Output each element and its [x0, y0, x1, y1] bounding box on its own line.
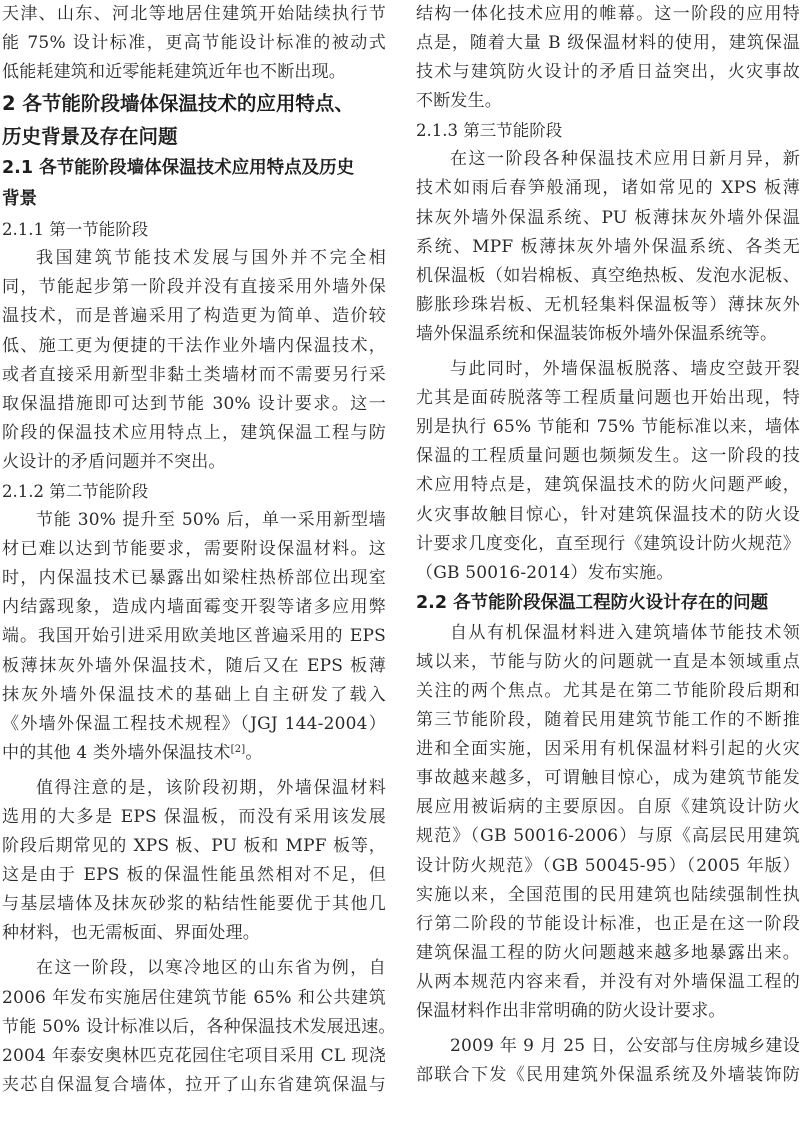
text-line: 保温的工程质量问题也频频发生。这一阶段的技	[416, 442, 800, 471]
section-2-1-heading: 2.1 各节能阶段墙体保温技术应用特点及历史 背景	[2, 153, 386, 215]
text-line: 我国建筑节能技术发展与国外并不完全相	[2, 244, 386, 273]
section-2-2-paragraph-1: 自从有机保温材料进入建筑墙体节能技术领 域以来，节能与防火的问题就一直是本领域重…	[416, 619, 800, 1026]
text-line: 低能耗建筑和近零能耗建筑近年也不断出现。	[2, 58, 386, 87]
text-line: 2004 年泰安奥林匹克花园住宅项目采用 CL 现浇	[2, 1042, 386, 1071]
heading-line: 2.1 各节能阶段墙体保温技术应用特点及历史	[2, 153, 386, 184]
text-line: 时，内保温技术已暴露出如梁柱热桥部位出现室	[2, 564, 386, 593]
text-line: 在这一阶段各种保温技术应用日新月异，新	[416, 145, 800, 174]
left-column: 天津、山东、河北等地居住建筑开始陆续执行节 能 75% 设计标准，更高节能设计标…	[2, 0, 386, 1100]
text-span: 中的其他 4 类外墙外保温技术	[2, 743, 231, 763]
text-line: 保温材料作出非常明确的防火设计要求。	[416, 997, 800, 1026]
text-line: 膨胀珍珠岩板、无机轻集料保温板等）薄抹灰外	[416, 291, 800, 320]
text-line: 板薄抹灰外墙外保温技术，随后又在 EPS 板薄	[2, 652, 386, 681]
text-line: 种材料，也无需板面、界面处理。	[2, 919, 386, 948]
section-2-2-heading: 2.2 各节能阶段保温工程防火设计存在的问题	[416, 588, 800, 619]
text-line: 低、施工更为便捷的干法作业外墙内保温技术，	[2, 332, 386, 361]
text-line: 火灾事故触目惊心，针对建筑保温技术的防火设	[416, 501, 800, 530]
heading-line: 2 各节能阶段墙体保温技术的应用特点、	[2, 87, 386, 120]
text-line: 技术如雨后春笋般涌现，诸如常见的 XPS 板薄	[416, 174, 800, 203]
text-line: 2009 年 9 月 25 日，公安部与住房城乡建设	[416, 1032, 800, 1061]
text-line: 系统、MPF 板薄抹灰外墙外保温系统、各类无	[416, 233, 800, 262]
text-line: 节能 50% 设计标准以后，各种保温技术发展迅速。	[2, 1013, 386, 1042]
text-line: 天津、山东、河北等地居住建筑开始陆续执行节	[2, 0, 386, 29]
text-line: 阶段的保温技术应用特点上，建筑保温工程与防	[2, 419, 386, 448]
section-2-1-3-heading: 2.1.3 第三节能阶段	[416, 116, 800, 145]
text-line: 温技术，而是普遍采用了构造更为简单、造价较	[2, 302, 386, 331]
text-line: 规范》（GB 50016-2006）与原《高层民用建筑	[416, 822, 800, 851]
text-line: 尤其是面砖脱落等工程质量问题也开始出现，特	[416, 384, 800, 413]
text-line: 与此同时，外墙保温板脱落、墙皮空鼓开裂	[416, 355, 800, 384]
text-line: 机保温板（如岩棉板、真空绝热板、发泡水泥板、	[416, 262, 800, 291]
text-line: 材已难以达到节能要求，需要附设保温材料。这	[2, 535, 386, 564]
text-line: 节能 30% 提升至 50% 后，单一采用新型墙	[2, 506, 386, 535]
text-line: 火设计的矛盾问题并不突出。	[2, 448, 386, 477]
section-2-1-2-paragraph-1: 节能 30% 提升至 50% 后，单一采用新型墙 材已难以达到节能要求，需要附设…	[2, 506, 386, 768]
text-line: 夹芯自保温复合墙体，拉开了山东省建筑保温与	[2, 1071, 386, 1100]
text-line: 取保温措施即可达到节能 30% 设计要求。这一	[2, 390, 386, 419]
text-line: 抹灰外墙外保温技术的基础上自主研发了载入	[2, 681, 386, 710]
text-line: 点是，随着大量 B 级保温材料的使用，建筑保温	[416, 29, 800, 58]
text-line: 与基层墙体及抹灰砂浆的粘结性能要优于其他几	[2, 890, 386, 919]
text-line: 选用的大多是 EPS 保温板，而没有采用该发展	[2, 803, 386, 832]
text-line: 墙外保温系统和保温装饰板外墙外保温系统等。	[416, 320, 800, 349]
continued-paragraph: 结构一体化技术应用的帷幕。这一阶段的应用特 点是，随着大量 B 级保温材料的使用…	[416, 0, 800, 116]
section-2-1-2-heading: 2.1.2 第二节能阶段	[2, 477, 386, 506]
citation-ref[interactable]: [2]	[231, 744, 246, 755]
text-line: （GB 50016-2014）发布实施。	[416, 559, 800, 588]
text-line: 能 75% 设计标准，更高节能设计标准的被动式	[2, 29, 386, 58]
right-column: 结构一体化技术应用的帷幕。这一阶段的应用特 点是，随着大量 B 级保温材料的使用…	[416, 0, 800, 1090]
text-line: 实施以来，全国范围的民用建筑也陆续强制性执	[416, 881, 800, 910]
text-line: 第三节能阶段，随着民用建筑节能工作的不断推	[416, 706, 800, 735]
heading-line: 背景	[2, 184, 386, 215]
text-line: 部联合下发《民用建筑外保温系统及外墙装饰防	[416, 1061, 800, 1090]
text-line: 或者直接采用新型非黏土类墙材而不需要另行采	[2, 361, 386, 390]
text-line: 别是执行 65% 节能和 75% 节能标准以来，墙体	[416, 413, 800, 442]
text-line: 阶段后期常见的 XPS 板、PU 板和 MPF 板等，	[2, 832, 386, 861]
text-line: 内结露现象，造成内墙面霉变开裂等诸多应用弊	[2, 593, 386, 622]
text-line: 端。我国开始引进采用欧美地区普遍采用的 EPS	[2, 622, 386, 651]
section-2-1-3-paragraph-1: 在这一阶段各种保温技术应用日新月异，新 技术如雨后春笋般涌现，诸如常见的 XPS…	[416, 145, 800, 349]
section-2-1-2-paragraph-3: 在这一阶段，以寒冷地区的山东省为例，自 2006 年发布实施居住建筑节能 65%…	[2, 954, 386, 1099]
text-line: 行第二阶段的节能设计标准，也正是在这一阶段	[416, 910, 800, 939]
text-line: 不断发生。	[416, 87, 800, 116]
text-line: 自从有机保温材料进入建筑墙体节能技术领	[416, 619, 800, 648]
heading-line: 历史背景及存在问题	[2, 120, 386, 153]
text-line: 这是由于 EPS 板的保温性能虽然相对不足，但	[2, 861, 386, 890]
text-line: 设计防火规范》（GB 50045-95）（2005 年版）	[416, 852, 800, 881]
section-2-1-1-heading: 2.1.1 第一节能阶段	[2, 215, 386, 244]
section-2-heading: 2 各节能阶段墙体保温技术的应用特点、 历史背景及存在问题	[2, 87, 386, 153]
section-2-1-2-paragraph-2: 值得注意的是，该阶段初期，外墙保温材料 选用的大多是 EPS 保温板，而没有采用…	[2, 774, 386, 949]
text-line: 中的其他 4 类外墙外保温技术[2]。	[2, 739, 386, 768]
text-line: 事故越来越多，可谓触目惊心，成为建筑节能发	[416, 764, 800, 793]
text-line: 技术与建筑防火设计的矛盾日益突出，火灾事故	[416, 58, 800, 87]
text-line: 《外墙外保温工程技术规程》（JGJ 144-2004）	[2, 710, 386, 739]
text-line: 同，节能起步第一阶段并没有直接采用外墙外保	[2, 273, 386, 302]
text-line: 值得注意的是，该阶段初期，外墙保温材料	[2, 774, 386, 803]
text-line: 抹灰外墙外保温系统、PU 板薄抹灰外墙外保温	[416, 204, 800, 233]
text-line: 结构一体化技术应用的帷幕。这一阶段的应用特	[416, 0, 800, 29]
intro-tail-paragraph: 天津、山东、河北等地居住建筑开始陆续执行节 能 75% 设计标准，更高节能设计标…	[2, 0, 386, 87]
text-line: 计要求几度变化，直至现行《建筑设计防火规范》	[416, 530, 800, 559]
text-line: 进和全面实施，因采用有机保温材料引起的火灾	[416, 735, 800, 764]
text-line: 建筑保温工程的防火问题越来越多地暴露出来。	[416, 939, 800, 968]
text-line: 2006 年发布实施居住建筑节能 65% 和公共建筑	[2, 984, 386, 1013]
text-line: 术应用特点是，建筑保温技术的防火问题严峻，	[416, 471, 800, 500]
section-2-1-1-paragraph: 我国建筑节能技术发展与国外并不完全相 同，节能起步第一阶段并没有直接采用外墙外保…	[2, 244, 386, 477]
section-2-1-3-paragraph-2: 与此同时，外墙保温板脱落、墙皮空鼓开裂 尤其是面砖脱落等工程质量问题也开始出现，…	[416, 355, 800, 588]
text-line: 展应用被诟病的主要原因。自原《建筑设计防火	[416, 793, 800, 822]
text-span: 。	[245, 743, 262, 763]
text-line: 域以来，节能与防火的问题就一直是本领域重点	[416, 648, 800, 677]
text-line: 从两本规范内容来看，并没有对外墙保温工程的	[416, 968, 800, 997]
text-line: 在这一阶段，以寒冷地区的山东省为例，自	[2, 954, 386, 983]
text-line: 关注的两个焦点。尤其是在第二节能阶段后期和	[416, 677, 800, 706]
section-2-2-paragraph-2: 2009 年 9 月 25 日，公安部与住房城乡建设 部联合下发《民用建筑外保温…	[416, 1032, 800, 1090]
